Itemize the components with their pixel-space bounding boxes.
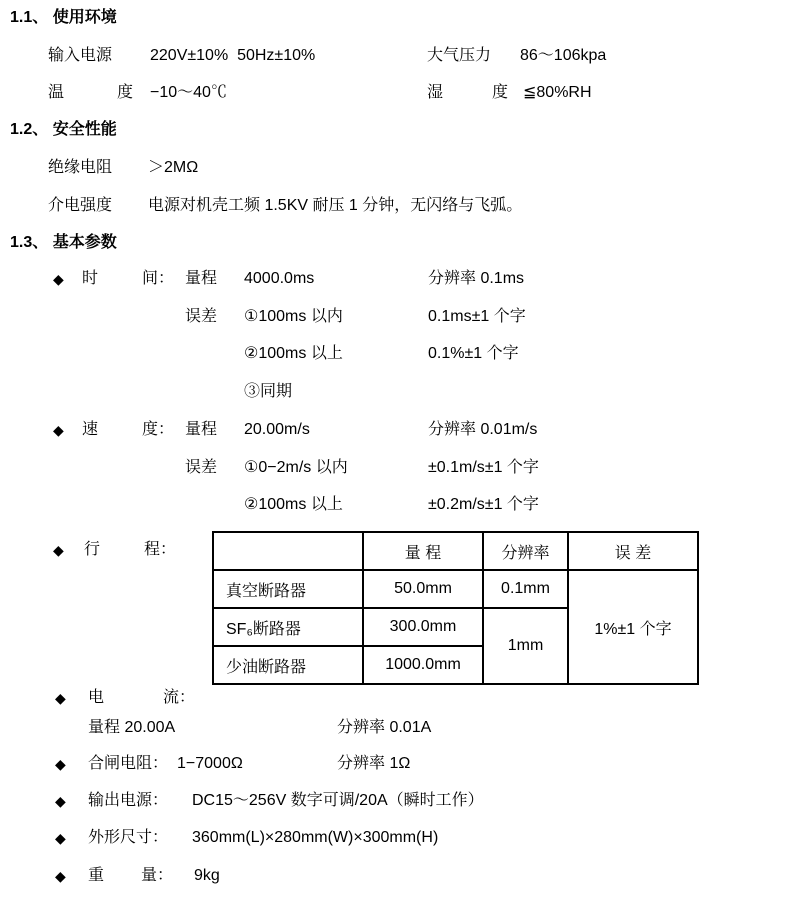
humidity-value: ≦80%RH <box>523 83 592 103</box>
dimensions-value: 360mm(L)×280mm(W)×300mm(H) <box>192 828 438 848</box>
diamond-bullet-icon: ◆ <box>55 791 66 811</box>
atmospheric-pressure-label: 大气压力 <box>427 46 491 66</box>
dimensions-label: 外形尺寸： <box>88 828 168 848</box>
breaker-range-cell: 50.0mm <box>363 570 483 608</box>
temperature-value: −10～40℃ <box>150 83 227 103</box>
time-error-item-3: ③同期 <box>244 382 292 402</box>
current-resolution-value: 分辨率 0.01A <box>337 718 431 738</box>
time-resolution-value: 分辨率 0.1ms <box>428 269 524 289</box>
diamond-bullet-icon: ◆ <box>55 688 66 708</box>
time-range-value: 4000.0ms <box>244 269 314 289</box>
speed-range-sublabel: 量程 <box>185 420 217 440</box>
section-1-2-heading: 1.2、 安全性能 <box>10 120 117 140</box>
diamond-bullet-icon: ◆ <box>55 866 66 886</box>
speed-error-item-1: ①0−2m/s 以内 <box>244 458 348 478</box>
time-error-value-2: 0.1%±1 个字 <box>428 344 519 364</box>
speed-error-value-2: ±0.2m/s±1 个字 <box>428 495 539 515</box>
diamond-bullet-icon: ◆ <box>53 420 64 440</box>
breaker-range-cell: 300.0mm <box>363 608 483 646</box>
speed-error-item-2: ②100ms 以上 <box>244 495 343 515</box>
weight-label-char1: 重 <box>88 866 104 886</box>
temperature-label-char2: 度 <box>117 83 133 103</box>
diamond-bullet-icon: ◆ <box>55 828 66 848</box>
table-row: 真空断路器 50.0mm 0.1mm 1%±1 个字 <box>213 570 698 608</box>
diamond-bullet-icon: ◆ <box>55 754 66 774</box>
closing-resistance-label: 合闸电阻： <box>88 754 168 774</box>
speed-range-value: 20.00m/s <box>244 420 310 440</box>
temperature-label-char1: 温 <box>48 83 64 103</box>
speed-label-char2: 度： <box>142 420 174 440</box>
atmospheric-pressure-value: 86～106kpa <box>520 46 606 66</box>
travel-error-merged-cell: 1%±1 个字 <box>568 570 698 684</box>
current-label-char2: 流： <box>163 688 195 708</box>
closing-resistance-value: 1−7000Ω <box>177 754 243 774</box>
travel-table-range-header: 量 程 <box>363 532 483 570</box>
weight-label-char2: 量： <box>141 866 173 886</box>
humidity-label-char1: 湿 <box>427 83 443 103</box>
travel-table-resolution-header: 分辨率 <box>483 532 568 570</box>
speed-error-sublabel: 误差 <box>185 458 217 478</box>
breaker-name-cell: SF₆断路器 <box>213 608 363 646</box>
travel-label-char2: 程： <box>144 540 176 560</box>
time-label-char2: 间： <box>142 269 174 289</box>
breaker-name-cell: 少油断路器 <box>213 646 363 684</box>
current-label-char1: 电 <box>88 688 104 708</box>
diamond-bullet-icon: ◆ <box>53 269 64 289</box>
output-power-label: 输出电源： <box>88 791 168 811</box>
insulation-resistance-label: 绝缘电阻 <box>48 158 112 178</box>
input-power-label: 输入电源 <box>48 46 112 66</box>
closing-resistance-resolution: 分辨率 1Ω <box>337 754 410 774</box>
weight-value: 9kg <box>194 866 220 886</box>
time-error-item-2: ②100ms 以上 <box>244 344 343 364</box>
section-1-3-heading: 1.3、 基本参数 <box>10 233 117 253</box>
dielectric-strength-label: 介电强度 <box>48 196 112 216</box>
humidity-label-char2: 度 <box>492 83 508 103</box>
dielectric-strength-value: 电源对机壳工频 1.5KV 耐压 1 分钟，无闪络与飞弧。 <box>148 196 522 216</box>
section-1-1-heading: 1.1、 使用环境 <box>10 8 117 28</box>
breaker-name-cell: 真空断路器 <box>213 570 363 608</box>
travel-table-error-header: 误 差 <box>568 532 698 570</box>
speed-label-char1: 速 <box>82 420 98 440</box>
time-range-sublabel: 量程 <box>185 269 217 289</box>
travel-label-char1: 行 <box>84 540 100 560</box>
time-label-char1: 时 <box>82 269 98 289</box>
travel-table-corner-cell <box>213 532 363 570</box>
time-error-sublabel: 误差 <box>185 307 217 327</box>
travel-table-header-row: 量 程 分辨率 误 差 <box>213 532 698 570</box>
current-range-value: 量程 20.00A <box>88 718 175 738</box>
input-power-value: 220V±10% 50Hz±10% <box>150 46 315 66</box>
speed-error-value-1: ±0.1m/s±1 个字 <box>428 458 539 478</box>
breaker-resolution-merged-cell: 1mm <box>483 608 568 684</box>
speed-resolution-value: 分辨率 0.01m/s <box>428 420 537 440</box>
breaker-resolution-cell: 0.1mm <box>483 570 568 608</box>
output-power-value: DC15～256V 数字可调/20A（瞬时工作） <box>192 791 484 811</box>
breaker-range-cell: 1000.0mm <box>363 646 483 684</box>
insulation-resistance-value: ＞2MΩ <box>148 158 198 178</box>
time-error-item-1: ①100ms 以内 <box>244 307 343 327</box>
time-error-value-1: 0.1ms±1 个字 <box>428 307 526 327</box>
travel-table: 量 程 分辨率 误 差 真空断路器 50.0mm 0.1mm 1%±1 个字 S… <box>212 531 699 685</box>
diamond-bullet-icon: ◆ <box>53 540 64 560</box>
spec-document-page: 1.1、 使用环境 输入电源 220V±10% 50Hz±10% 大气压力 86… <box>0 0 790 897</box>
